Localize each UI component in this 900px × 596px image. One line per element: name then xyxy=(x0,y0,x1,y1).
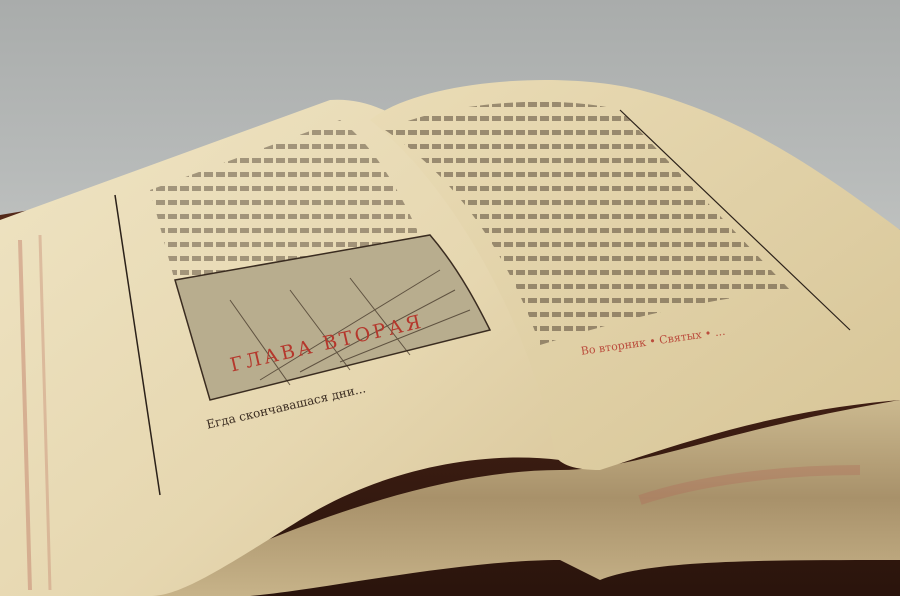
photo-scene: ГЛАВА ВТОРАЯ Егда скончавашася дни... Во… xyxy=(0,0,900,596)
book-illustration xyxy=(0,0,900,596)
